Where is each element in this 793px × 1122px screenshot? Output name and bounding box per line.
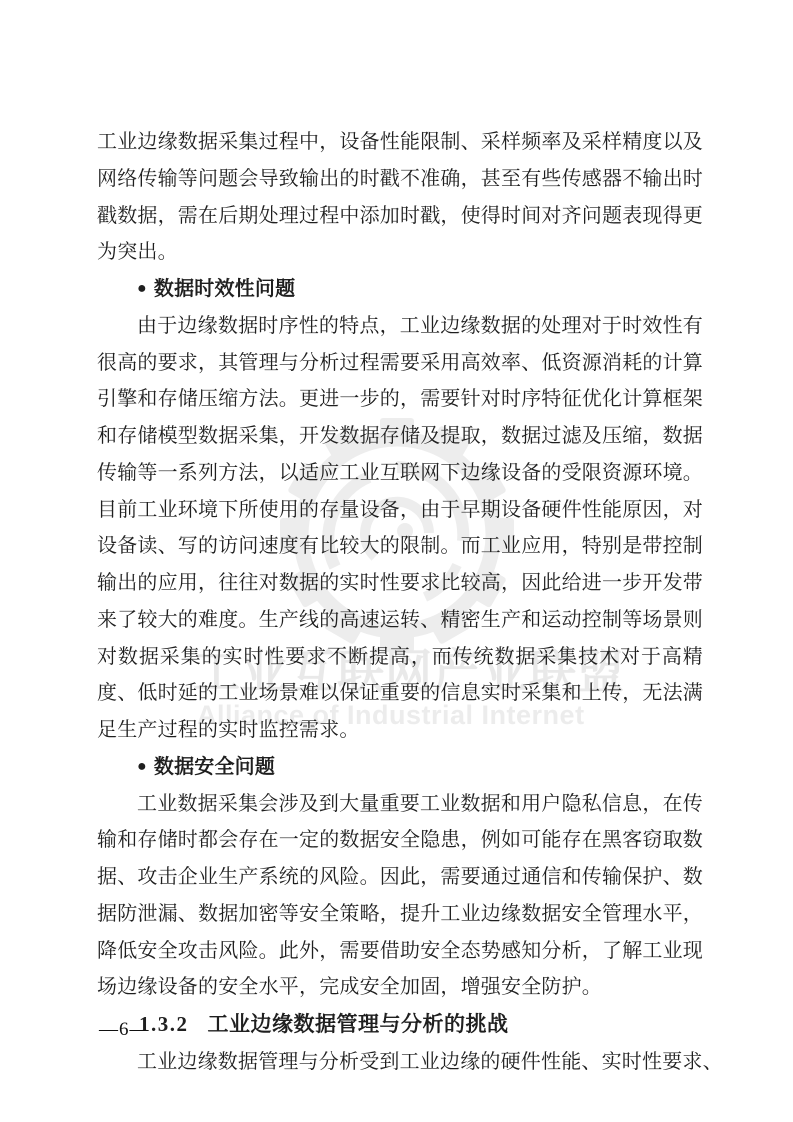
section-title: 工业边缘数据管理与分析的挑战 [208,1013,509,1036]
paragraph-data-security: 工业数据采集会涉及到大量重要工业数据和用户隐私信息，在传输和存储时都会存在一定的… [97,786,703,1007]
paragraph-timestamp-issue: 工业边缘数据采集过程中，设备性能限制、采样频率及采样精度以及网络传输等问题会导致… [97,124,703,271]
bullet-item-data-security: ●数据安全问题 [97,749,703,786]
page-number: —6— [99,1019,150,1041]
paragraph-management-analysis: 工业边缘数据管理与分析受到工业边缘的硬件性能、实时性要求、 [97,1044,703,1081]
bullet-item-data-timeliness: ●数据时效性问题 [97,271,703,308]
paragraph-data-timeliness: 由于边缘数据时序性的特点，工业边缘数据的处理对于时效性有很高的要求，其管理与分析… [97,308,703,749]
bullet-dot-icon: ● [137,280,147,297]
bullet-dot-icon: ● [137,758,147,775]
section-heading-1-3-2: 1.3.2工业边缘数据管理与分析的挑战 [97,1006,703,1044]
document-body: 工业边缘数据采集过程中，设备性能限制、采样频率及采样精度以及网络传输等问题会导致… [97,124,703,1081]
document-page: 工业互联网产业联盟 Alliance of Industrial Interne… [0,0,793,1122]
bullet-label: 数据安全问题 [154,756,275,778]
bullet-label: 数据时效性问题 [154,278,295,300]
